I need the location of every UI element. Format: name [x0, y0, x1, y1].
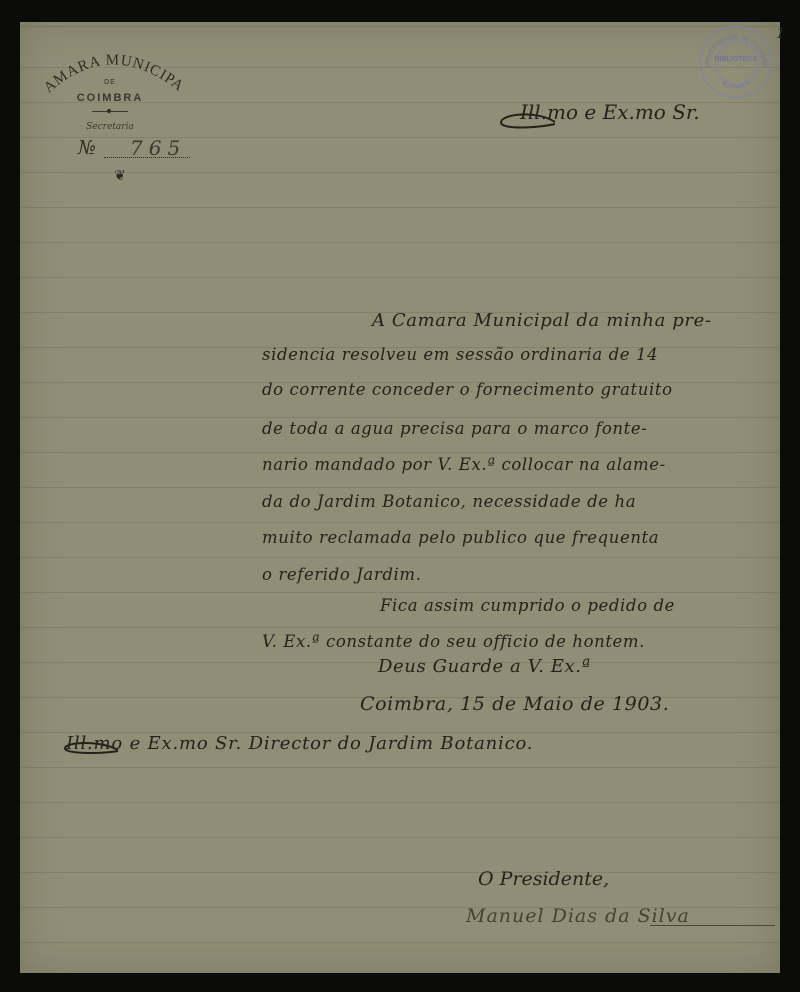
body-line: de toda a agua precisa para o marco font…	[262, 419, 647, 438]
letterhead-arc-title: CAMARA MUNICIPAL	[30, 40, 190, 100]
number-label: №	[78, 137, 96, 159]
letterhead-city: COIMBRA	[30, 92, 190, 104]
letterhead-department: Secretaria	[30, 122, 190, 132]
body-line: sidencia resolveu em sessão ordinaria de…	[262, 345, 658, 364]
library-stamp: UNIVERSIDADE DE COIMBRA BOTANICA BIBLIOT…	[700, 26, 772, 98]
signature-underline	[650, 925, 775, 926]
document-number: 765	[130, 136, 186, 160]
addressee-line: Ill.mo e Ex.mo Sr. Director do Jardim Bo…	[66, 733, 533, 754]
body-line: nario mandado por V. Ex.ª collocar na al…	[262, 455, 666, 474]
body-line: V. Ex.ª constante do seu officio de hont…	[262, 632, 645, 651]
institution-name: CAMARA MUNICIPAL	[30, 40, 187, 96]
letterhead-divider-dot	[107, 109, 111, 113]
folio-number: 1	[776, 26, 785, 42]
date-line: Coimbra, 15 de Maio de 1903.	[360, 693, 669, 715]
body-line: muito reclamada pelo publico que frequen…	[262, 528, 659, 547]
signature: Manuel Dias da Silva	[466, 905, 690, 927]
stamp-inner-ring	[715, 41, 759, 85]
body-line: da do Jardim Botanico, necessidade de ha	[262, 492, 636, 511]
body-line: do corrente conceder o fornecimento grat…	[262, 380, 673, 399]
salutation: Ill.mo e Ex.mo Sr.	[520, 100, 700, 124]
body-line: o referido Jardim.	[262, 565, 421, 584]
closing-title: O Presidente,	[478, 868, 609, 890]
body-line: Fica assim cumprido o pedido de	[380, 596, 675, 615]
body-line: A Camara Municipal da minha pre-	[372, 310, 712, 331]
letterhead-de: DE	[30, 79, 190, 86]
svg-text:CAMARA MUNICIPAL: CAMARA MUNICIPAL	[30, 40, 187, 96]
blessing-line: Deus Guarde a V. Ex.ª	[378, 656, 591, 677]
ornament-icon: ❦	[114, 168, 126, 184]
stamp-center-text: BIBLIOTECA	[714, 56, 758, 63]
